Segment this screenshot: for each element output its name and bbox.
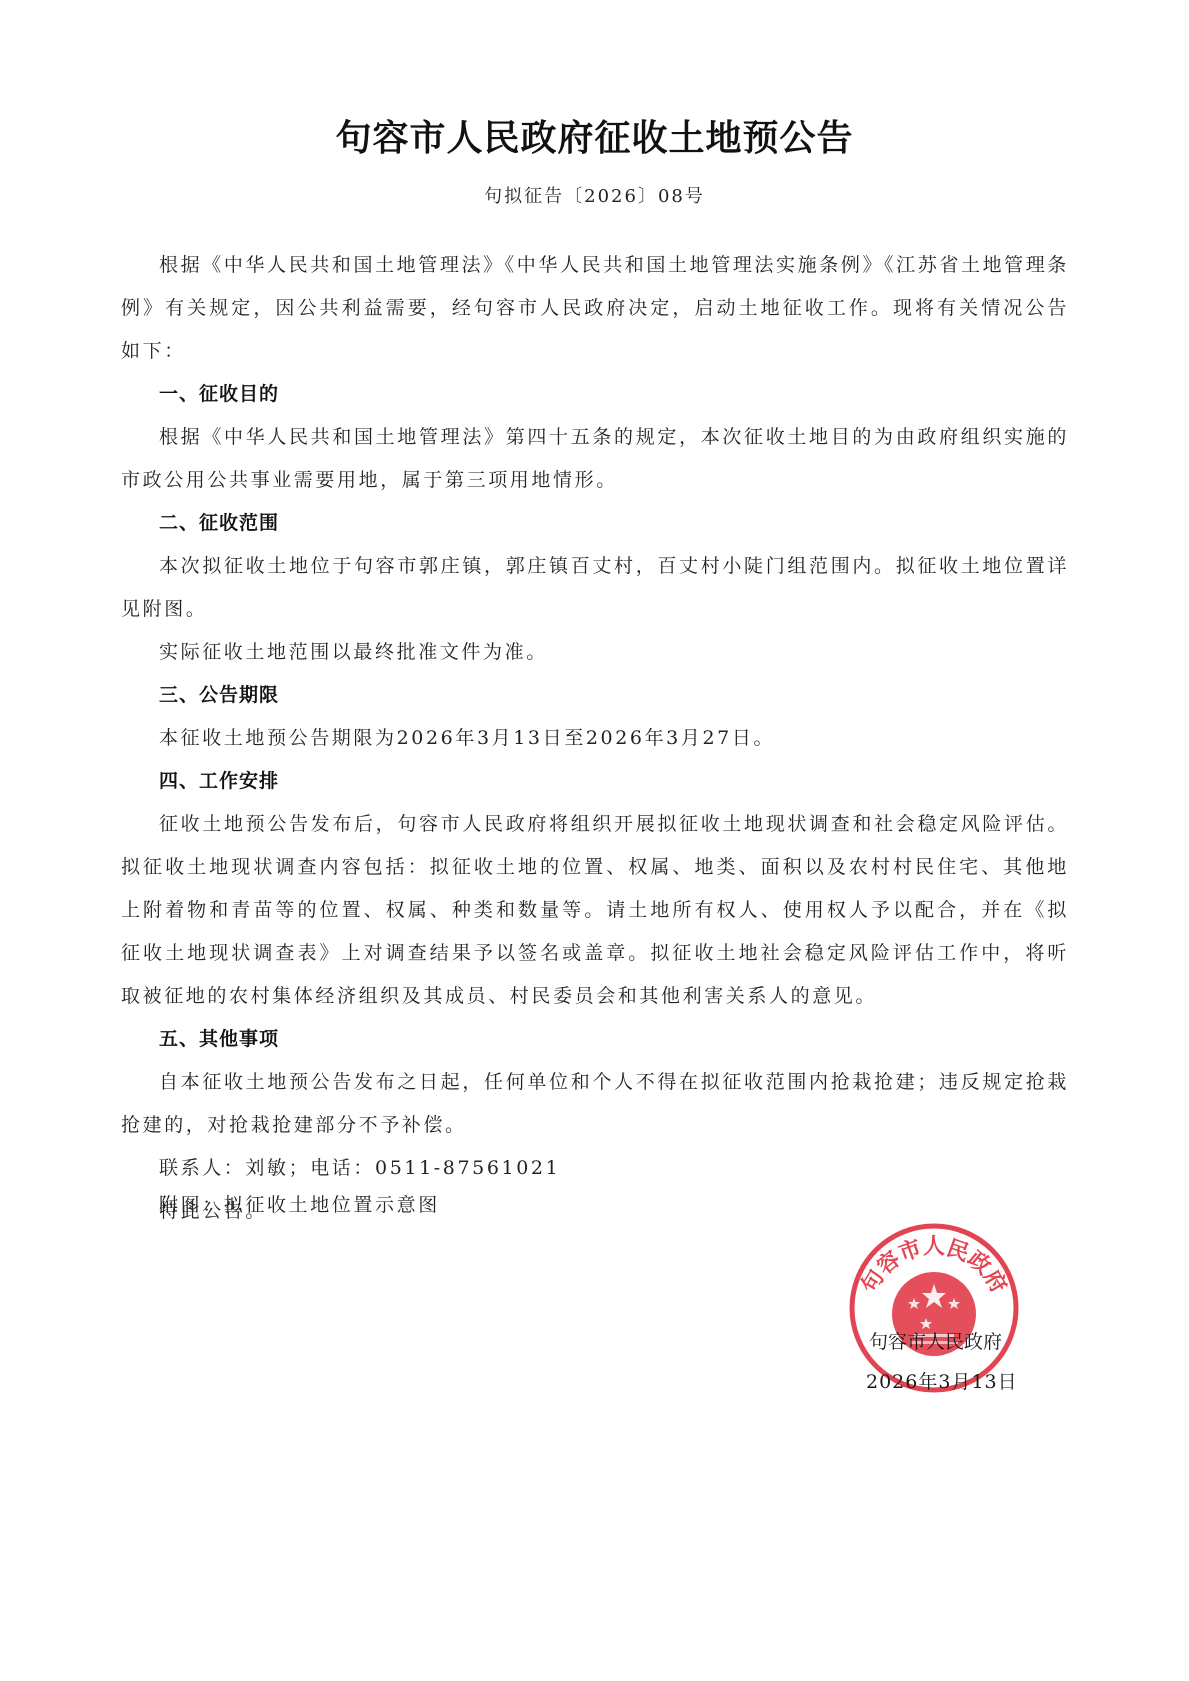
attachment-reference: 附图：拟征收土地位置示意图 — [159, 1190, 440, 1217]
section-period-paragraph: 本征收土地预公告期限为2026年3月13日至2026年3月27日。 — [121, 717, 1069, 760]
section-heading-scope: 二、征收范围 — [121, 502, 1069, 545]
section-heading-arrangement: 四、工作安排 — [121, 760, 1069, 803]
section-scope-paragraph: 本次拟征收土地位于句容市郭庄镇，郭庄镇百丈村，百丈村小陡门组范围内。拟征收土地位… — [121, 545, 1069, 631]
document-page: 句容市人民政府征收土地预公告 句拟征告〔2026〕08号 根据《中华人民共和国土… — [0, 0, 1189, 1681]
document-number: 句拟征告〔2026〕08号 — [0, 182, 1189, 208]
document-title: 句容市人民政府征收土地预公告 — [0, 110, 1189, 161]
signature-date: 2026年3月13日 — [866, 1367, 1018, 1394]
section-heading-other: 五、其他事项 — [121, 1018, 1069, 1061]
intro-paragraph: 根据《中华人民共和国土地管理法》《中华人民共和国土地管理法实施条例》《江苏省土地… — [121, 244, 1069, 373]
signature-organization: 句容市人民政府 — [869, 1327, 1002, 1354]
section-other-paragraph: 自本征收土地预公告发布之日起，任何单位和个人不得在拟征收范围内抢栽抢建；违反规定… — [121, 1061, 1069, 1147]
section-heading-period: 三、公告期限 — [121, 674, 1069, 717]
section-arrangement-paragraph: 征收土地预公告发布后，句容市人民政府将组织开展拟征收土地现状调查和社会稳定风险评… — [121, 803, 1069, 1018]
section-purpose-paragraph: 根据《中华人民共和国土地管理法》第四十五条的规定，本次征收土地目的为由政府组织实… — [121, 416, 1069, 502]
section-heading-purpose: 一、征收目的 — [121, 373, 1069, 416]
document-body: 根据《中华人民共和国土地管理法》《中华人民共和国土地管理法实施条例》《江苏省土地… — [121, 244, 1069, 1233]
contact-line: 联系人：刘敏；电话：0511-87561021 — [121, 1147, 1069, 1190]
section-scope-note: 实际征收土地范围以最终批准文件为准。 — [121, 631, 1069, 674]
